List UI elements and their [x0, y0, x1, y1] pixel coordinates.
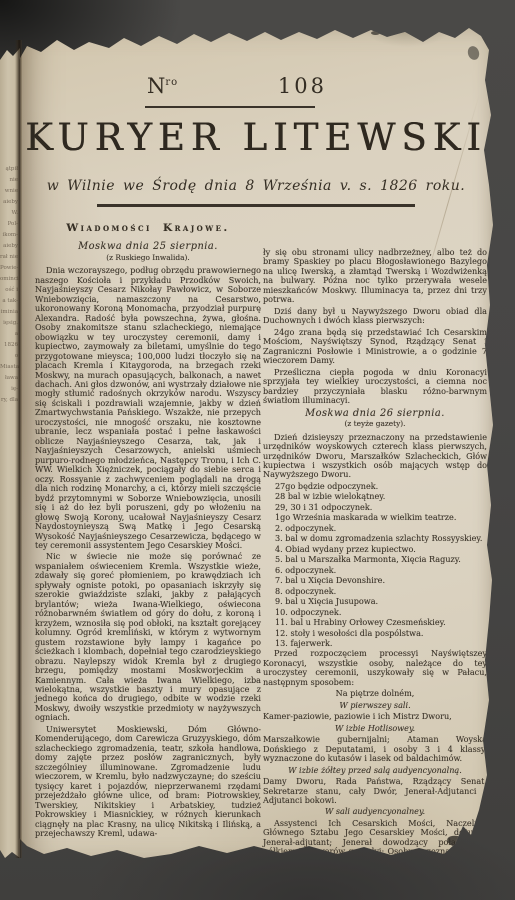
- left-column: Wiadomości Krajowe.Moskwa dnia 25 sierpn…: [35, 222, 261, 841]
- text-block-list: 7. bal u Xięcia Devonshire.: [275, 576, 487, 585]
- text-block-citalic: W izbie Hotlisowey.: [263, 724, 487, 733]
- newspaper-title: KURYER LITEWSKI: [19, 116, 493, 159]
- text-block-para: Prześliczna ciepła pogoda w dniu Koronac…: [263, 368, 487, 406]
- issue-number: 108: [278, 74, 327, 98]
- dateline: w Wilnie we Środę dnia 8 Września v. s. …: [19, 178, 493, 194]
- text-block-citalic: W sali audyencyonalney.: [263, 807, 487, 816]
- text-block-para: Dnia wczorayszego, podług obrzędu prawow…: [35, 266, 261, 550]
- issue-superscript: ro: [165, 77, 178, 88]
- text-block-list: 27go będzie odpoczynek.: [275, 482, 487, 491]
- text-block-para: Nic w świecie nie może się porównać ze w…: [35, 552, 261, 722]
- text-block-citalic: W pierwszey sali.: [263, 701, 487, 710]
- issue-label: Nro: [147, 74, 178, 98]
- text-block-list: 29, 30 i 31 odpoczynek.: [275, 503, 487, 512]
- text-block-note: (z Ruskiego Inwalida).: [35, 254, 261, 263]
- text-block-list: 3. bal w domu zgromadzenia szlachty Ross…: [275, 534, 487, 543]
- text-block-list: 6. odpoczynek.: [275, 566, 487, 575]
- text-block-list: 5. bal u Marszałka Marmonta, Xięcia Ragu…: [275, 555, 487, 564]
- text-block-list: 8. odpoczynek.: [275, 587, 487, 596]
- text-block-list: 28 bal w izbie wielokątney.: [275, 492, 487, 501]
- text-block-flush: ły się obu stronami ulicy nadbrzeżney, a…: [263, 248, 487, 305]
- text-block-list: 11. bal u Hrabiny Orłowey Czesmeńskiey.: [275, 618, 487, 627]
- ink-stain: [466, 45, 481, 62]
- text-block-para: Uniwersytet Moskiewski, Dóm Główno-Komen…: [35, 725, 261, 839]
- text-block-para: Dziś dany był u Naywyższego Dworu obiad …: [263, 307, 487, 326]
- text-block-citalic: W izbie żółtey przed salą audyencyonalną…: [263, 766, 487, 775]
- text-block-list: 1go Września maskarada w wielkim teatrze…: [275, 513, 487, 522]
- text-block-list: 9. bal u Xięcia Jusupowa.: [275, 597, 487, 606]
- right-column: ły się obu stronami ulicy nadbrzeżney, a…: [263, 248, 487, 900]
- text-block-list: 12. stoły i wesołości dla pospólstwa.: [275, 629, 487, 638]
- text-block-list: 13. fajerwerk.: [275, 639, 487, 648]
- issue-number-row: Nro 108: [147, 74, 327, 98]
- text-block-flush: Kamer-paziowie, paziowie i ich Mistrz Dw…: [263, 712, 487, 721]
- dateline-rule: [97, 204, 415, 207]
- text-block-list: 10. odpoczynek.: [275, 608, 487, 617]
- adjacent-page-sliver: ątpił nie wnie aieby W. Pol- ikom- aieby…: [0, 46, 20, 858]
- newspaper-page: Nro 108 KURYER LITEWSKI w Wilnie we Środ…: [19, 20, 493, 868]
- issue-prefix: N: [147, 74, 165, 98]
- text-block-heading: Wiadomości Krajowe.: [35, 222, 261, 234]
- text-block-list: 2. odpoczynek.: [275, 524, 487, 533]
- text-block-para: Przed rozpoczęciem processyi Nayświętsze…: [263, 649, 487, 687]
- adjacent-page-text-fragments: ątpił nie wnie aieby W. Pol- ikom- aieby…: [0, 164, 18, 406]
- issue-rule: [145, 106, 315, 108]
- text-block-sub: Moskwa dnia 25 sierpnia.: [35, 241, 261, 252]
- text-block-para: Dzień dzisieyszy przeznaczony na przedst…: [263, 433, 487, 480]
- text-block-flush: Marszałkowie gubernijalni; Ataman Woyska…: [263, 735, 487, 763]
- text-block-para: 24go zrana będą się przedstawiać Ich Ces…: [263, 328, 487, 366]
- text-block-note: (z teyże gazety).: [263, 420, 487, 429]
- text-block-sub: Moskwa dnia 26 sierpnia.: [263, 408, 487, 419]
- text-block-list: 4. Obiad wydany przez kupiectwo.: [275, 545, 487, 554]
- text-block-flush: Damy Dworu, Rada Państwa, Rządzący Senat…: [263, 777, 487, 805]
- text-block-center: Na piętrze dolném,: [263, 689, 487, 698]
